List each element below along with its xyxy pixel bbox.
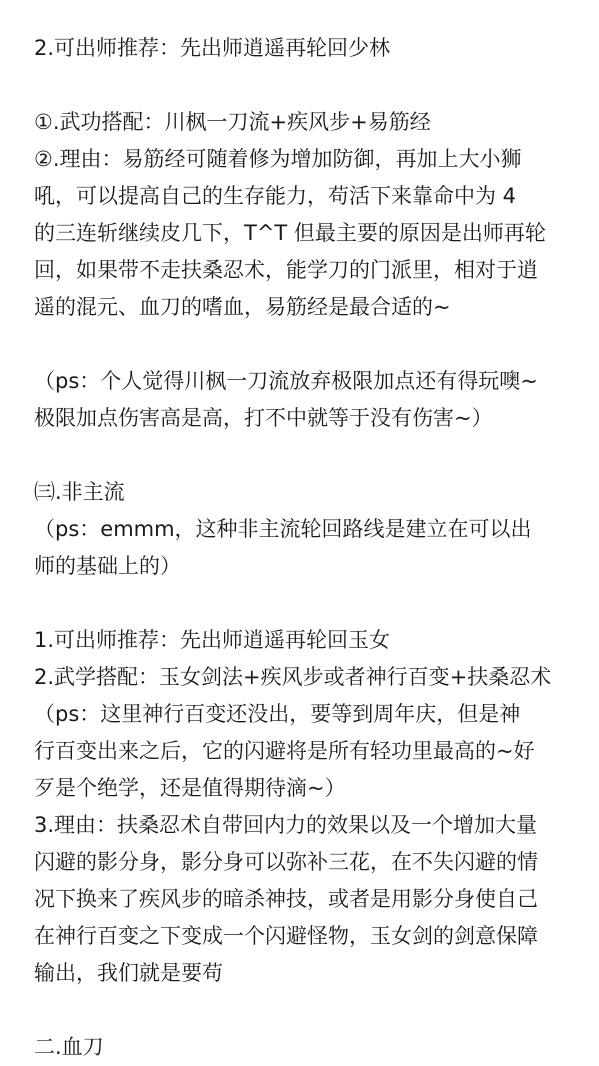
blank-line [34,67,579,104]
ps-note-line: （ps：这里神行百变还没出，要等到周年庆，但是神 [34,696,579,733]
martial-combo-line: 2.武学搭配：玉女剑法+疾风步或者神行百变+扶桑忍术 [34,659,579,696]
ps-note-line: 师的基础上的） [34,548,579,585]
reason-line: 遥的混元、血刀的嗜血，易筋经是最合适的~ [34,289,579,326]
reason-line: 在神行百变之下变成一个闪避怪物，玉女剑的剑意保障 [34,918,579,955]
section-heading-non-mainstream: ㈢.非主流 [34,474,579,511]
reason-line: 吼，可以提高自己的生存能力，苟活下来靠命中为 4 [34,178,579,215]
reason-line: 况下换来了疾风步的暗杀神技，或者是用影分身使自己 [34,881,579,918]
reason-line: 回，如果带不走扶桑忍术，能学刀的门派里，相对于逍 [34,252,579,289]
blank-line [34,326,579,363]
reason-line: ②.理由：易筋经可随着修为增加防御，再加上大小狮 [34,141,579,178]
blank-line [34,992,579,1029]
reason-line: 的三连斩继续皮几下，T^T 但最主要的原因是出师再轮 [34,215,579,252]
section-heading-blood-blade: 二.血刀 [34,1029,579,1066]
ps-note-line: 行百变出来之后，它的闪避将是所有轻功里最高的~好 [34,733,579,770]
article-body: 2.可出师推荐：先出师逍遥再轮回少林 ①.武功搭配：川枫一刀流+疾风步+易筋经 … [34,30,579,1066]
reason-line: 闪避的影分身，影分身可以弥补三花，在不失闪避的情 [34,844,579,881]
ps-note-line: （ps：个人觉得川枫一刀流放弃极限加点还有得玩噢~ [34,363,579,400]
ps-note-line: 歹是个绝学，还是值得期待滴~） [34,770,579,807]
ps-note-line: （ps：emmm，这种非主流轮回路线是建立在可以出 [34,511,579,548]
section-heading-shaolin: 2.可出师推荐：先出师逍遥再轮回少林 [34,30,579,67]
reason-line: 输出，我们就是要苟 [34,955,579,992]
martial-combo-line: ①.武功搭配：川枫一刀流+疾风步+易筋经 [34,104,579,141]
blank-line [34,437,579,474]
blank-line [34,585,579,622]
recommendation-line: 1.可出师推荐：先出师逍遥再轮回玉女 [34,622,579,659]
reason-line: 3.理由：扶桑忍术自带回内力的效果以及一个增加大量 [34,807,579,844]
ps-note-line: 极限加点伤害高是高，打不中就等于没有伤害~） [34,400,579,437]
